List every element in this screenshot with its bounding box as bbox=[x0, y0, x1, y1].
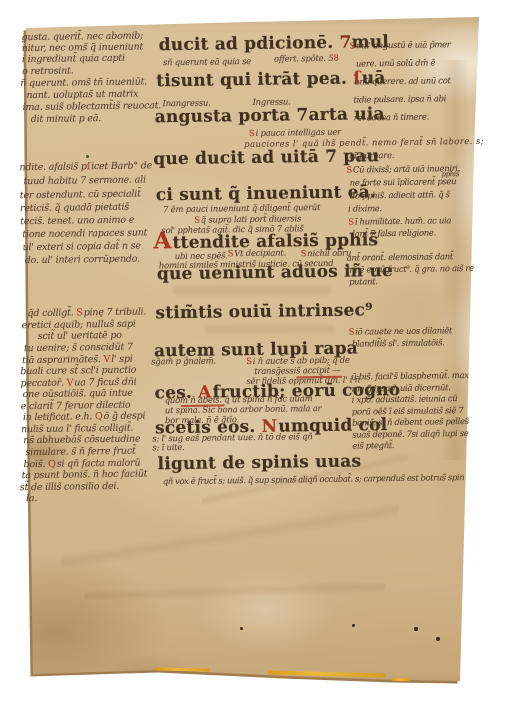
gloss-line: ne forte sui ĩplicarent̃ pseu bbox=[350, 178, 457, 188]
interlinear-gloss: Snichil obru bbox=[301, 250, 352, 259]
interlinear-gloss: sol' pphetas̃ agit̃. dic q̃ simō 7 ablis… bbox=[161, 225, 303, 235]
gloss-line: tione nocendi rapaces sunt bbox=[22, 228, 147, 239]
gloss-line: lant̃ 7 falsa religione. bbox=[352, 229, 436, 239]
gloss-line: ñ querunt. oms̃ tñ inueniūt. bbox=[20, 77, 147, 88]
gloss-line: reticis̃. q̃ quadā pietatis̃ bbox=[20, 203, 129, 214]
interlinear-gloss: sñ querunt eā quia se bbox=[163, 58, 251, 68]
interlinear-gloss: Inangressu. bbox=[163, 100, 211, 109]
interlinear-gloss: offert. spōte. 58 bbox=[274, 55, 340, 64]
interlinear-gloss: pauciores l' quā ihs̃ pendt̃. nemo ferat… bbox=[244, 138, 484, 150]
gloss-line: uere. unū solū dm̄ ē bbox=[356, 59, 435, 69]
gloss-line: i xpō. adūsitatis̃. ieiunia cū bbox=[352, 395, 458, 405]
gloss-line: one oūsatiōis̃. quā intue bbox=[23, 389, 133, 400]
gloss-line: unū querere. ad unū cot bbox=[354, 77, 450, 87]
gloss-line: dit minuit p eā. bbox=[31, 114, 101, 124]
bottom-gloss-tail: la. bbox=[26, 494, 37, 504]
interlinear-gloss: sēr fidelis̃ oppimūt̃ dm̃. l' i ñ bbox=[246, 376, 360, 386]
gloss-line: do pphis̃. adiecit attn̄. q̃ s̃ bbox=[350, 191, 450, 201]
gloss-line: porū oēs̃ ĩ eis̃ simulatis̃ siē 7 bbox=[352, 407, 464, 417]
gloss-line: nant. uoluptas̃ ut matrix bbox=[26, 90, 138, 101]
gloss-line: do. ul' interi corrūpendo. bbox=[25, 255, 140, 266]
interlinear-gloss: ut spina. Sic bona arbor bonū. mala ar bbox=[165, 405, 322, 416]
interlinear-gloss: SVt decipiant. bbox=[228, 249, 286, 258]
gloss-line: ū bis̃. facil's̃ blasphemūt̃. max bbox=[351, 372, 468, 382]
gloss-line: simulare. s̃ ñ ferre fruct̃ bbox=[25, 447, 135, 458]
gloss-line: ima. suis̃ oblectamt̃is̃ reuocat. bbox=[23, 101, 162, 112]
gloss-line: hñ ē eorū fruct⁹. q̃ gra. no ais̃ re bbox=[347, 265, 474, 275]
gloss-line: me g̃ ipsam̃ uiā dicernūt. bbox=[352, 384, 451, 394]
page-text: gusta. querit̃. nec abomib; nitur, nec o… bbox=[0, 0, 510, 709]
gloss-line: eis̃ ptegn̄t̃. bbox=[352, 442, 394, 451]
gloss-line: in letificat. e.h. Qō g̃ despi bbox=[23, 411, 146, 422]
main-text-line: que ducit ad uitā 7 pau bbox=[153, 148, 379, 168]
main-text-line: angusta porta 7arta uia bbox=[155, 106, 385, 126]
gloss-line: i ingrediunt̃ quia capti bbox=[22, 54, 125, 65]
interlinear-gloss: s; ĩ uite. bbox=[152, 444, 184, 453]
gloss-line: i dixime. bbox=[348, 205, 382, 214]
gloss-line: st̃ de illis̃ consilio dei. bbox=[20, 482, 119, 493]
main-text-line: stim̃tis ouiū intrinsec⁹ bbox=[155, 302, 373, 322]
gloss-line: q̃d colligt̃. Spinę 7 tribuli. bbox=[27, 307, 146, 318]
main-text-line: tisunt qui itrāt pea. ſuā bbox=[156, 70, 386, 90]
bottom-gloss-line: qñ vox ē fruct̃ s; uuis̃. q̃ sup spinas̃… bbox=[163, 474, 464, 487]
gloss-line: bonis̃. s; ñ debent oues̃ pelles̃ bbox=[352, 418, 469, 428]
gloss-line: ta psunt bonis̃. ñ hoc faciūt bbox=[22, 469, 148, 480]
gloss-line: Sĩ humilitate. hum̃. ac uia bbox=[348, 217, 451, 227]
gloss-line: ter ostendunt. cū specialit̃ bbox=[20, 190, 141, 201]
main-text-line: ci sunt q̃ inueniunt eā. bbox=[156, 184, 376, 204]
gloss-line: scit̃ ul' ueritatē po bbox=[38, 331, 122, 342]
gloss-line: tuud habitu 7 sermone. ali bbox=[24, 175, 146, 186]
interlinear-gloss: bor mala. ñ ē g̃tīo. bbox=[165, 416, 239, 426]
interlinear-gloss: Si pauca intelligas uer bbox=[249, 129, 341, 139]
interlinear-gloss: 7 ēm pauci inueniunt q̃ diligent̃ querūt bbox=[163, 204, 320, 215]
gloss-line: tu uenire; s̃ conscidūt 7 bbox=[24, 343, 133, 354]
gloss-line: Siō cauete ne uos dilaniēt bbox=[349, 327, 452, 337]
interlinear-gloss: sg̃am̃ p g̃nalem̃. bbox=[151, 357, 216, 366]
superscript-gloss: pphis̃ bbox=[442, 171, 460, 178]
gloss-line: buali cure st̃ scl'i punctio bbox=[20, 366, 136, 377]
interlinear-gloss: Ingressu. bbox=[252, 98, 290, 107]
gloss-line: ant̃ orant̃. elemosinas̃ dant̃ bbox=[347, 253, 453, 263]
gloss-line: re. adūsa ñ timere. bbox=[354, 113, 429, 123]
gloss-line: nitur, nec oms̃ q̃ inueniunt bbox=[22, 42, 143, 53]
gloss-line: o retrosint. bbox=[22, 66, 74, 76]
interlinear-gloss: aī purgare. bbox=[349, 152, 394, 161]
gloss-line: suas̃ deponē. 7si aliqñ lupi se bbox=[352, 430, 468, 440]
gloss-line: ul' exteri si copia dat̃ n se bbox=[22, 242, 140, 253]
gloss-line: Smil' angustū ē uiā p̃mer bbox=[350, 41, 451, 51]
gloss-line: tidie pulsare. ipsa ñ abi bbox=[353, 95, 446, 105]
gloss-line: putant̃. bbox=[349, 278, 378, 287]
gloss-line: ns̃ abhuebās̃ cōsuetudine bbox=[23, 435, 140, 446]
gloss-line: ndite. afalsis̃ pſicet Barb° de bbox=[19, 161, 152, 172]
main-text-line: ligunt de spinis uuas bbox=[157, 453, 361, 473]
gloss-line: tecis̃. tenet. uno animo e bbox=[20, 216, 134, 227]
gloss-line: blandit̃is̃ sl'. simulatōis̃. bbox=[352, 339, 445, 349]
interlinear-gloss: homini similes̃ ministris̃ iusticie. cū … bbox=[159, 260, 334, 271]
manuscript-photo: gusta. querit̃. nec abomib; nitur, nec o… bbox=[0, 0, 510, 709]
